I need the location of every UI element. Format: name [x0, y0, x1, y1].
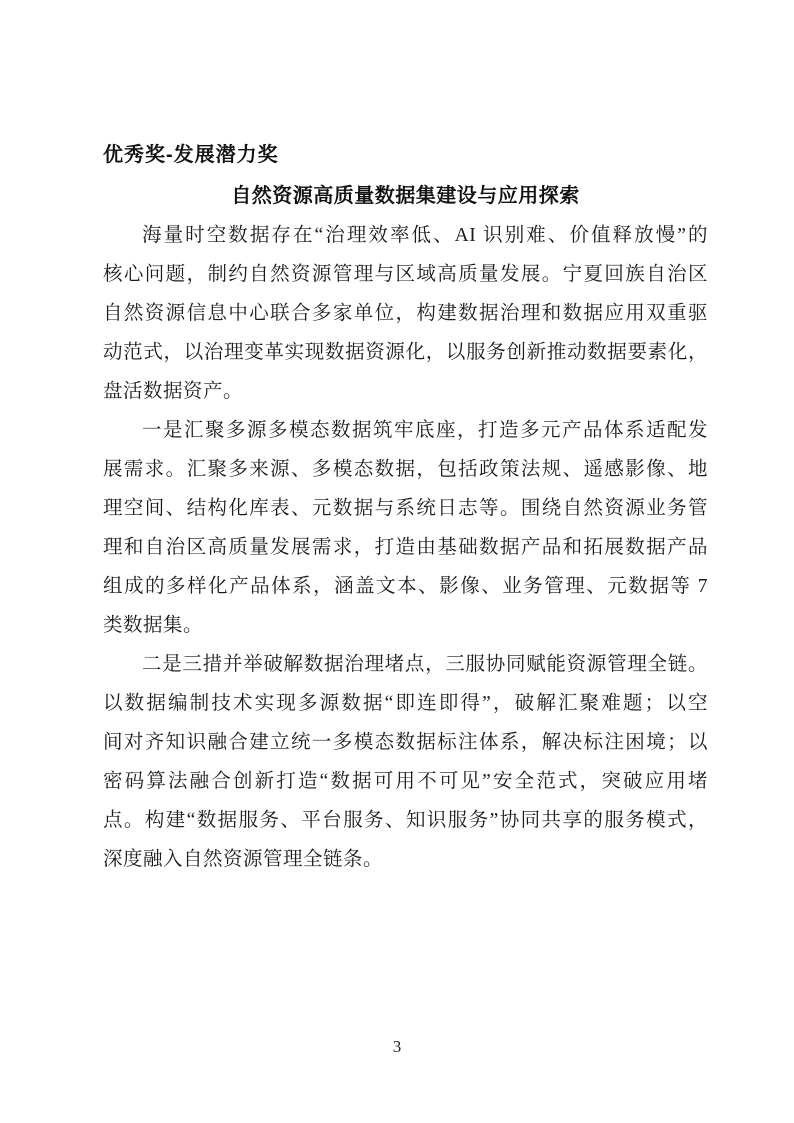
text-line: 展需求。汇聚多来源、多模态数据，包括政策法规、遥感影像、地 [103, 450, 708, 489]
text-line: 点。构建“数据服务、平台服务、知识服务”协同共享的服务模式， [103, 801, 708, 840]
text-line: 核心问题，制约自然资源管理与区域高质量发展。宁夏回族自治区 [103, 255, 708, 294]
text-line: 理空间、结构化库表、元数据与系统日志等。围绕自然资源业务管 [103, 489, 708, 528]
text-line: 组成的多样化产品体系，涵盖文本、影像、业务管理、元数据等 7 [103, 567, 708, 606]
section-heading: 优秀奖-发展潜力奖 [103, 142, 708, 168]
text-line: 密码算法融合创新打造“数据可用不可见”安全范式，突破应用堵 [103, 762, 708, 801]
text-line: 深度融入自然资源管理全链条。 [103, 840, 708, 879]
text-line: 海量时空数据存在“治理效率低、AI 识别难、价值释放慢”的 [103, 216, 708, 255]
document-title: 自然资源高质量数据集建设与应用探索 [103, 182, 708, 210]
text-line: 类数据集。 [103, 606, 708, 645]
page-content: 优秀奖-发展潜力奖 自然资源高质量数据集建设与应用探索 海量时空数据存在“治理效… [103, 142, 708, 879]
text-line: 以数据编制技术实现多源数据“即连即得”，破解汇聚难题；以空 [103, 684, 708, 723]
document-page: 优秀奖-发展潜力奖 自然资源高质量数据集建设与应用探索 海量时空数据存在“治理效… [0, 0, 794, 1123]
page-number: 3 [0, 1036, 794, 1058]
text-line: 自然资源信息中心联合多家单位，构建数据治理和数据应用双重驱 [103, 294, 708, 333]
text-line: 二是三措并举破解数据治理堵点，三服协同赋能资源管理全链。 [103, 645, 708, 684]
text-line: 一是汇聚多源多模态数据筑牢底座，打造多元产品体系适配发 [103, 411, 708, 450]
text-line: 盘活数据资产。 [103, 372, 708, 411]
body-text: 海量时空数据存在“治理效率低、AI 识别难、价值释放慢”的核心问题，制约自然资源… [103, 216, 708, 879]
text-line: 动范式，以治理变革实现数据资源化，以服务创新推动数据要素化， [103, 333, 708, 372]
text-line: 理和自治区高质量发展需求，打造由基础数据产品和拓展数据产品 [103, 528, 708, 567]
text-line: 间对齐知识融合建立统一多模态数据标注体系，解决标注困境；以 [103, 723, 708, 762]
